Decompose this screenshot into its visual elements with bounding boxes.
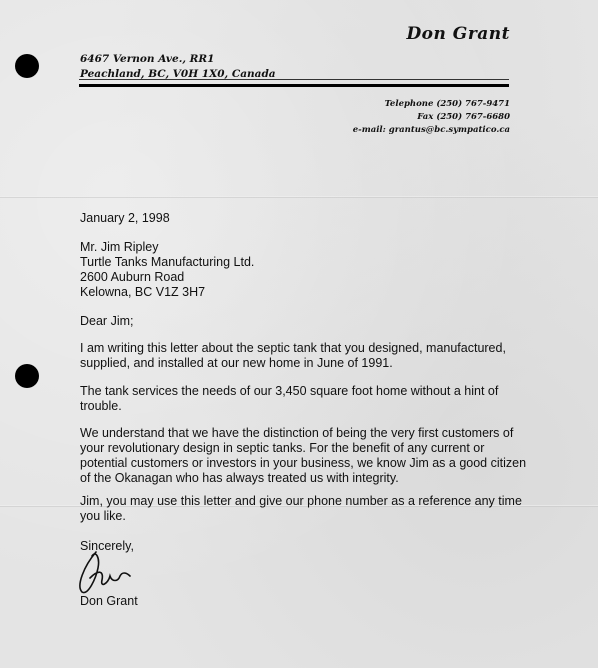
recipient-line: Turtle Tanks Manufacturing Ltd. — [80, 255, 254, 270]
salutation: Dear Jim; — [80, 314, 133, 329]
fax: Fax (250) 767-6680 — [353, 111, 510, 124]
recipient-address: Mr. Jim Ripley Turtle Tanks Manufacturin… — [80, 240, 254, 300]
signer-name: Don Grant — [80, 594, 138, 609]
paragraph-line: you like. — [80, 509, 525, 524]
paragraph-line: The tank services the needs of our 3,450… — [80, 384, 525, 399]
signature-icon — [74, 548, 134, 596]
letterhead-contact: Telephone (250) 767-9471 Fax (250) 767-6… — [353, 98, 510, 137]
letterhead-rule-thick — [79, 84, 509, 87]
paragraph-line: of the Okanagan who has always treated u… — [80, 471, 525, 486]
paragraph: I am writing this letter about the septi… — [80, 341, 525, 371]
punch-hole-top — [15, 54, 39, 78]
paragraph-line: I am writing this letter about the septi… — [80, 341, 525, 356]
telephone: Telephone (250) 767-9471 — [353, 98, 510, 111]
letterhead-rule-thin — [79, 79, 509, 80]
punch-hole-middle — [15, 364, 39, 388]
paragraph-line: We understand that we have the distincti… — [80, 426, 525, 441]
paragraph: We understand that we have the distincti… — [80, 426, 525, 486]
recipient-line: Mr. Jim Ripley — [80, 240, 254, 255]
address-line: 6467 Vernon Ave., RR1 — [80, 52, 276, 67]
email: e-mail: grantus@bc.sympatico.ca — [353, 124, 510, 137]
recipient-line: Kelowna, BC V1Z 3H7 — [80, 285, 254, 300]
letterhead-name: Don Grant — [406, 24, 510, 44]
paragraph-line: trouble. — [80, 399, 525, 414]
paragraph: The tank services the needs of our 3,450… — [80, 384, 525, 414]
paragraph: Jim, you may use this letter and give ou… — [80, 494, 525, 524]
recipient-line: 2600 Auburn Road — [80, 270, 254, 285]
paragraph-line: potential customers or investors in your… — [80, 456, 525, 471]
paragraph-line: your revolutionary design in septic tank… — [80, 441, 525, 456]
letter-date: January 2, 1998 — [80, 211, 170, 226]
paragraph-line: Jim, you may use this letter and give ou… — [80, 494, 525, 509]
paragraph-line: supplied, and installed at our new home … — [80, 356, 525, 371]
paper-fold-top — [0, 196, 598, 198]
letterhead-address: 6467 Vernon Ave., RR1 Peachland, BC, V0H… — [80, 52, 276, 82]
